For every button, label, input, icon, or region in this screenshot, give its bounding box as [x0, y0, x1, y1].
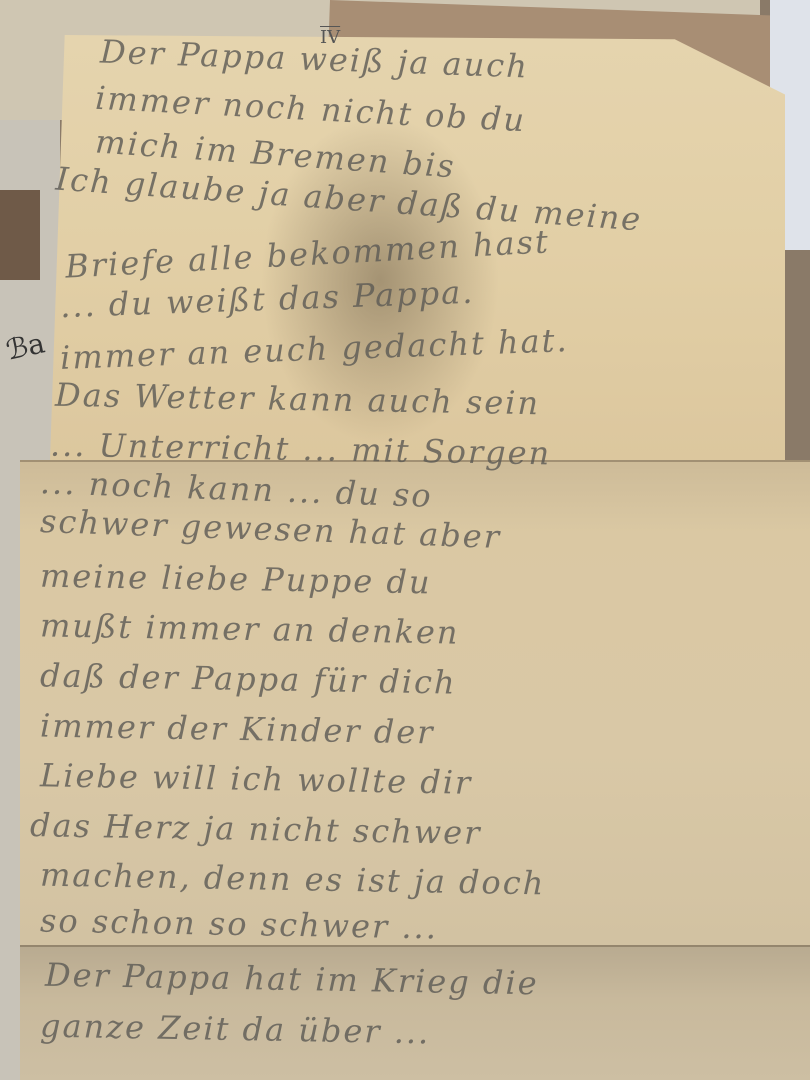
letter: IV Der Pappa weiß ja auch immer noch nic… [20, 35, 810, 1080]
text-line: das Herz ja nicht schwer [30, 806, 482, 852]
text-line: daß der Pappa für dich [40, 656, 457, 701]
text-line: Liebe will ich wollte dir [40, 756, 473, 802]
text-line: ganze Zeit da über ... [40, 1007, 431, 1052]
text-line: so schon so schwer ... [40, 902, 439, 947]
text-line: meine liebe Puppe du [40, 557, 432, 602]
text-line: mußt immer an denken [40, 606, 460, 651]
text-line: immer der Kinder der [40, 707, 435, 752]
